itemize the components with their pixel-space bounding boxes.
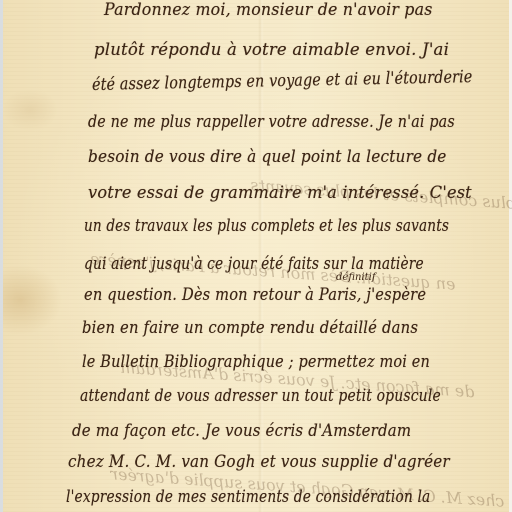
letter-line-1: Pardonnez moi, monsieur de n'avoir pas (104, 0, 433, 20)
letter-line-4: de ne me plus rappeller votre adresse. J… (88, 112, 455, 132)
letter-line-6: votre essai de grammaire m'a intéressé. … (88, 183, 472, 203)
letter-line-14: chez M. C. M. van Gogh et vous supplie d… (68, 452, 450, 472)
letter-line-11: le Bulletin Bibliographique ; permettez … (82, 352, 430, 372)
letter-line-15: l'expression de mes sentiments de consid… (66, 487, 430, 507)
letter-page: un des travaux les plus complets et les … (0, 0, 512, 512)
letter-line-5: besoin de vous dire à quel point la lect… (88, 147, 447, 167)
letter-line-12: attendant de vous adresser un tout petit… (80, 386, 441, 406)
letter-line-7: un des travaux les plus complets et les … (84, 216, 449, 236)
letter-line-2: plutôt répondu à votre aimable envoi. J'… (94, 40, 449, 60)
letter-line-9: en question. Dès mon retour à Paris, j'e… (84, 285, 426, 305)
left-edge-strip (0, 0, 3, 512)
letter-line-8: qui aient jusqu'à ce jour été faits sur … (84, 254, 424, 274)
letter-line-13: de ma façon etc. Je vous écris d'Amsterd… (72, 421, 411, 441)
interlinear-insertion: définitif (336, 272, 376, 283)
letter-line-10: bien en faire un compte rendu détaillé d… (82, 318, 418, 338)
